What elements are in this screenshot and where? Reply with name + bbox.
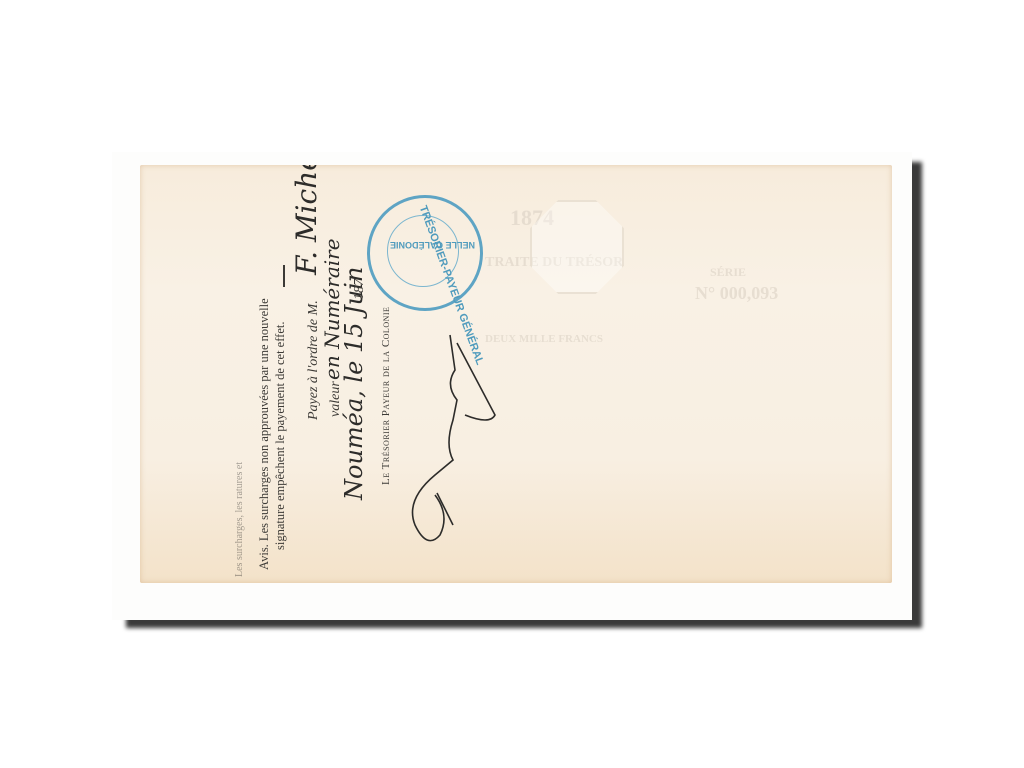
ghost-serie: SÉRIE (710, 265, 746, 280)
faded-margin-note: Les surcharges, les ratures et (232, 462, 248, 577)
stamp-inner-text: NELLE CALÉDONIE (390, 240, 475, 250)
notice-line-1: Avis. Les surcharges non approuvées par … (256, 298, 272, 570)
year-printed: 187 (352, 279, 368, 300)
place-date-handwritten: Nouméa, le 15 Juin (340, 267, 368, 500)
issuer-line: Le Trésorier Payeur de la Colonie (380, 307, 392, 485)
notice-line-2: signature empêchent le payement de cet e… (272, 322, 288, 550)
divider-rule (283, 265, 285, 287)
signature (395, 325, 505, 565)
treasury-stamp: TRÉSORIER-PAYEUR GÉNÉRAL NELLE CALÉDONIE (367, 195, 483, 311)
document-paper: 1874 TRAITE DU TRÉSOR SÉRIE N° 000,093 D… (140, 165, 892, 583)
ghost-number: N° 000,093 (695, 283, 778, 304)
payee-handwritten: F. Michel (290, 165, 323, 275)
